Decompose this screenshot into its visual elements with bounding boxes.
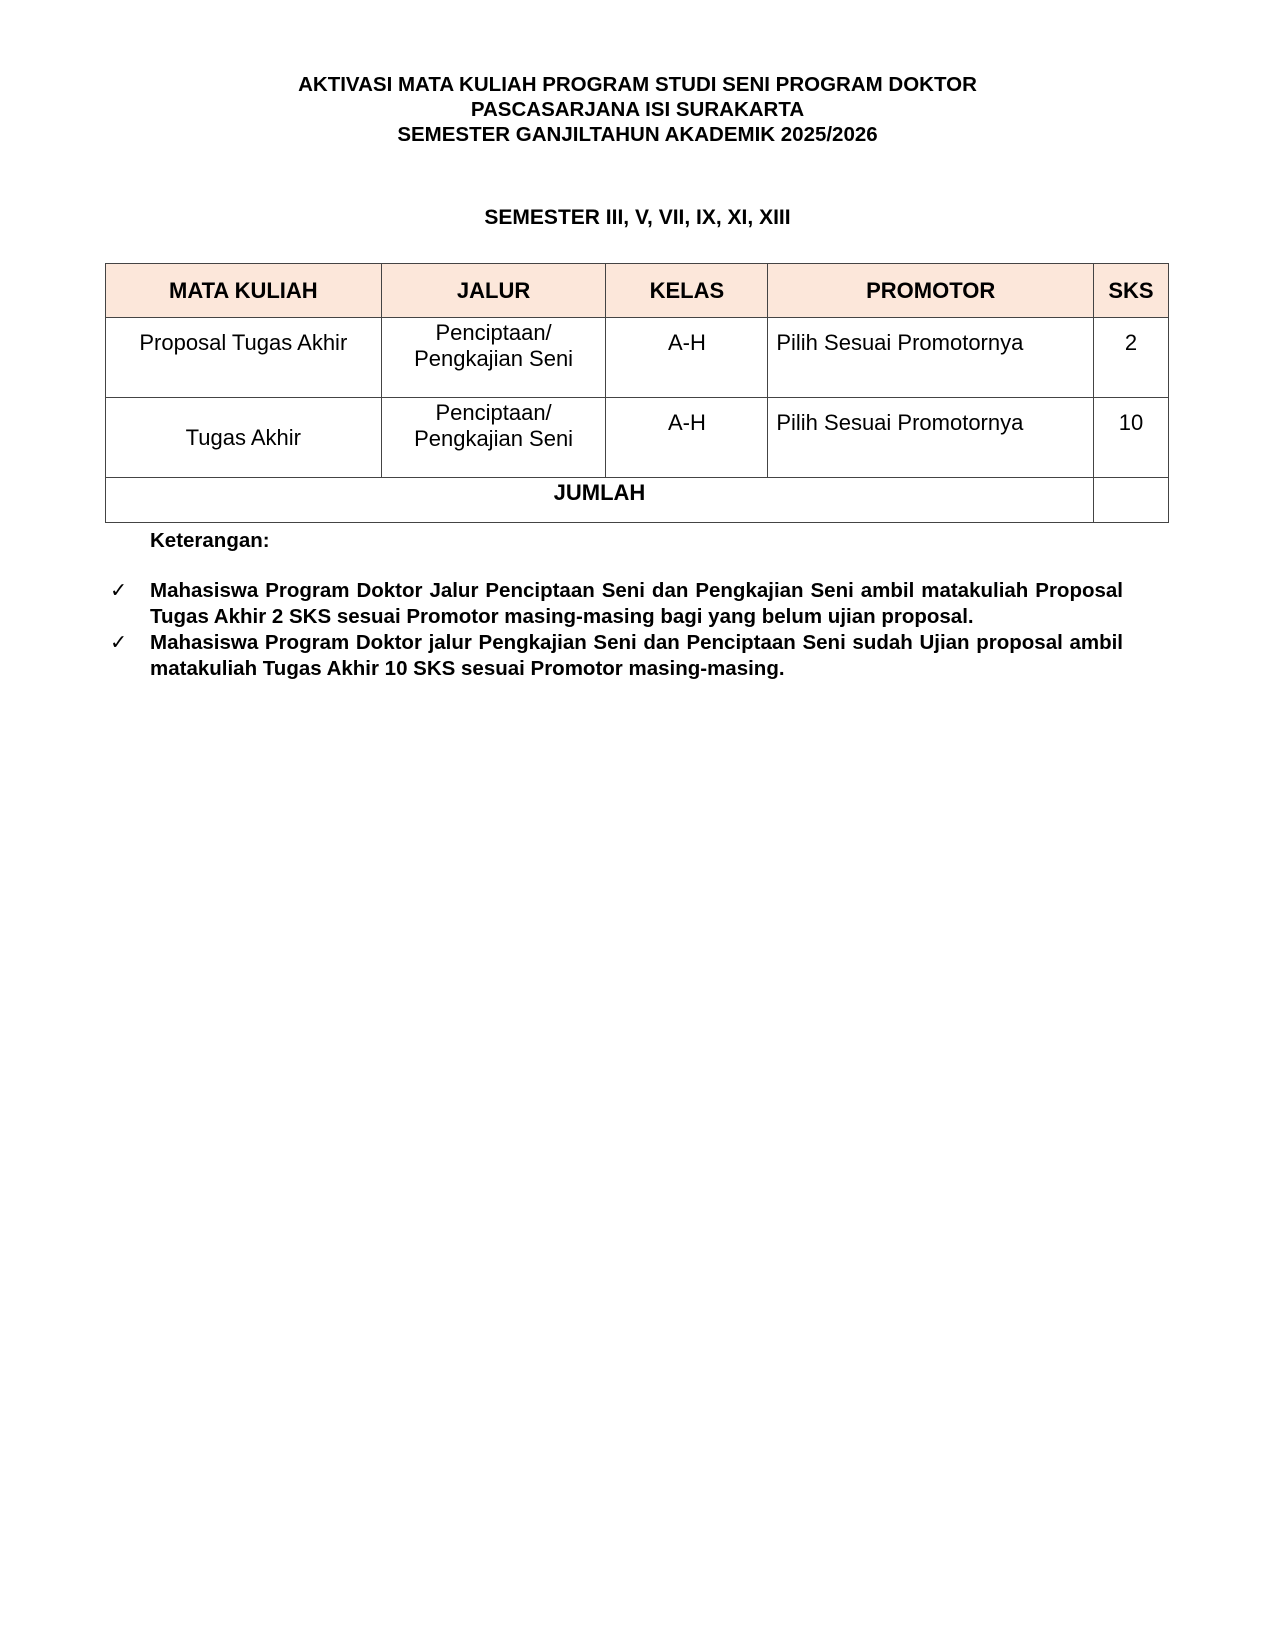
cell-sks: 2 bbox=[1094, 318, 1169, 398]
cell-mata-kuliah: Tugas Akhir bbox=[106, 398, 382, 478]
list-item: ✓ Mahasiswa Program Doktor Jalur Pencipt… bbox=[110, 578, 1123, 630]
jalur-line-1: Penciptaan/ bbox=[390, 320, 598, 346]
document-title: AKTIVASI MATA KULIAH PROGRAM STUDI SENI … bbox=[0, 72, 1275, 147]
cell-jalur: Penciptaan/ Pengkajian Seni bbox=[381, 398, 606, 478]
jalur-line-1: Penciptaan/ bbox=[390, 400, 598, 426]
table-row: Proposal Tugas Akhir Penciptaan/ Pengkaj… bbox=[106, 318, 1169, 398]
cell-mata-kuliah: Proposal Tugas Akhir bbox=[106, 318, 382, 398]
note-text: Mahasiswa Program Doktor jalur Pengkajia… bbox=[150, 630, 1123, 682]
cell-sks: 10 bbox=[1094, 398, 1169, 478]
checkmark-icon: ✓ bbox=[110, 630, 150, 682]
cell-kelas: A-H bbox=[606, 318, 768, 398]
column-header-promotor: PROMOTOR bbox=[768, 264, 1094, 318]
course-table: MATA KULIAH JALUR KELAS PROMOTOR SKS Pro… bbox=[105, 263, 1169, 523]
list-item: ✓ Mahasiswa Program Doktor jalur Pengkaj… bbox=[110, 630, 1123, 682]
column-header-mata-kuliah: MATA KULIAH bbox=[106, 264, 382, 318]
jalur-line-2: Pengkajian Seni bbox=[390, 426, 598, 452]
note-text: Mahasiswa Program Doktor Jalur Penciptaa… bbox=[150, 578, 1123, 630]
checkmark-icon: ✓ bbox=[110, 578, 150, 630]
column-header-sks: SKS bbox=[1094, 264, 1169, 318]
total-value bbox=[1094, 478, 1169, 523]
total-row: JUMLAH bbox=[106, 478, 1169, 523]
notes-list: ✓ Mahasiswa Program Doktor Jalur Pencipt… bbox=[110, 578, 1123, 682]
jalur-line-2: Pengkajian Seni bbox=[390, 346, 598, 372]
column-header-jalur: JALUR bbox=[381, 264, 606, 318]
table-row: Tugas Akhir Penciptaan/ Pengkajian Seni … bbox=[106, 398, 1169, 478]
column-header-kelas: KELAS bbox=[606, 264, 768, 318]
notes-label: Keterangan: bbox=[150, 529, 270, 553]
total-label: JUMLAH bbox=[106, 478, 1094, 523]
semester-subtitle: SEMESTER III, V, VII, IX, XI, XIII bbox=[0, 206, 1275, 230]
cell-jalur: Penciptaan/ Pengkajian Seni bbox=[381, 318, 606, 398]
cell-promotor: Pilih Sesuai Promotornya bbox=[768, 318, 1094, 398]
cell-kelas: A-H bbox=[606, 398, 768, 478]
title-line-2: PASCASARJANA ISI SURAKARTA bbox=[0, 97, 1275, 122]
cell-promotor: Pilih Sesuai Promotornya bbox=[768, 398, 1094, 478]
title-line-1: AKTIVASI MATA KULIAH PROGRAM STUDI SENI … bbox=[0, 72, 1275, 97]
table-header-row: MATA KULIAH JALUR KELAS PROMOTOR SKS bbox=[106, 264, 1169, 318]
title-line-3: SEMESTER GANJILTAHUN AKADEMIK 2025/2026 bbox=[0, 122, 1275, 147]
